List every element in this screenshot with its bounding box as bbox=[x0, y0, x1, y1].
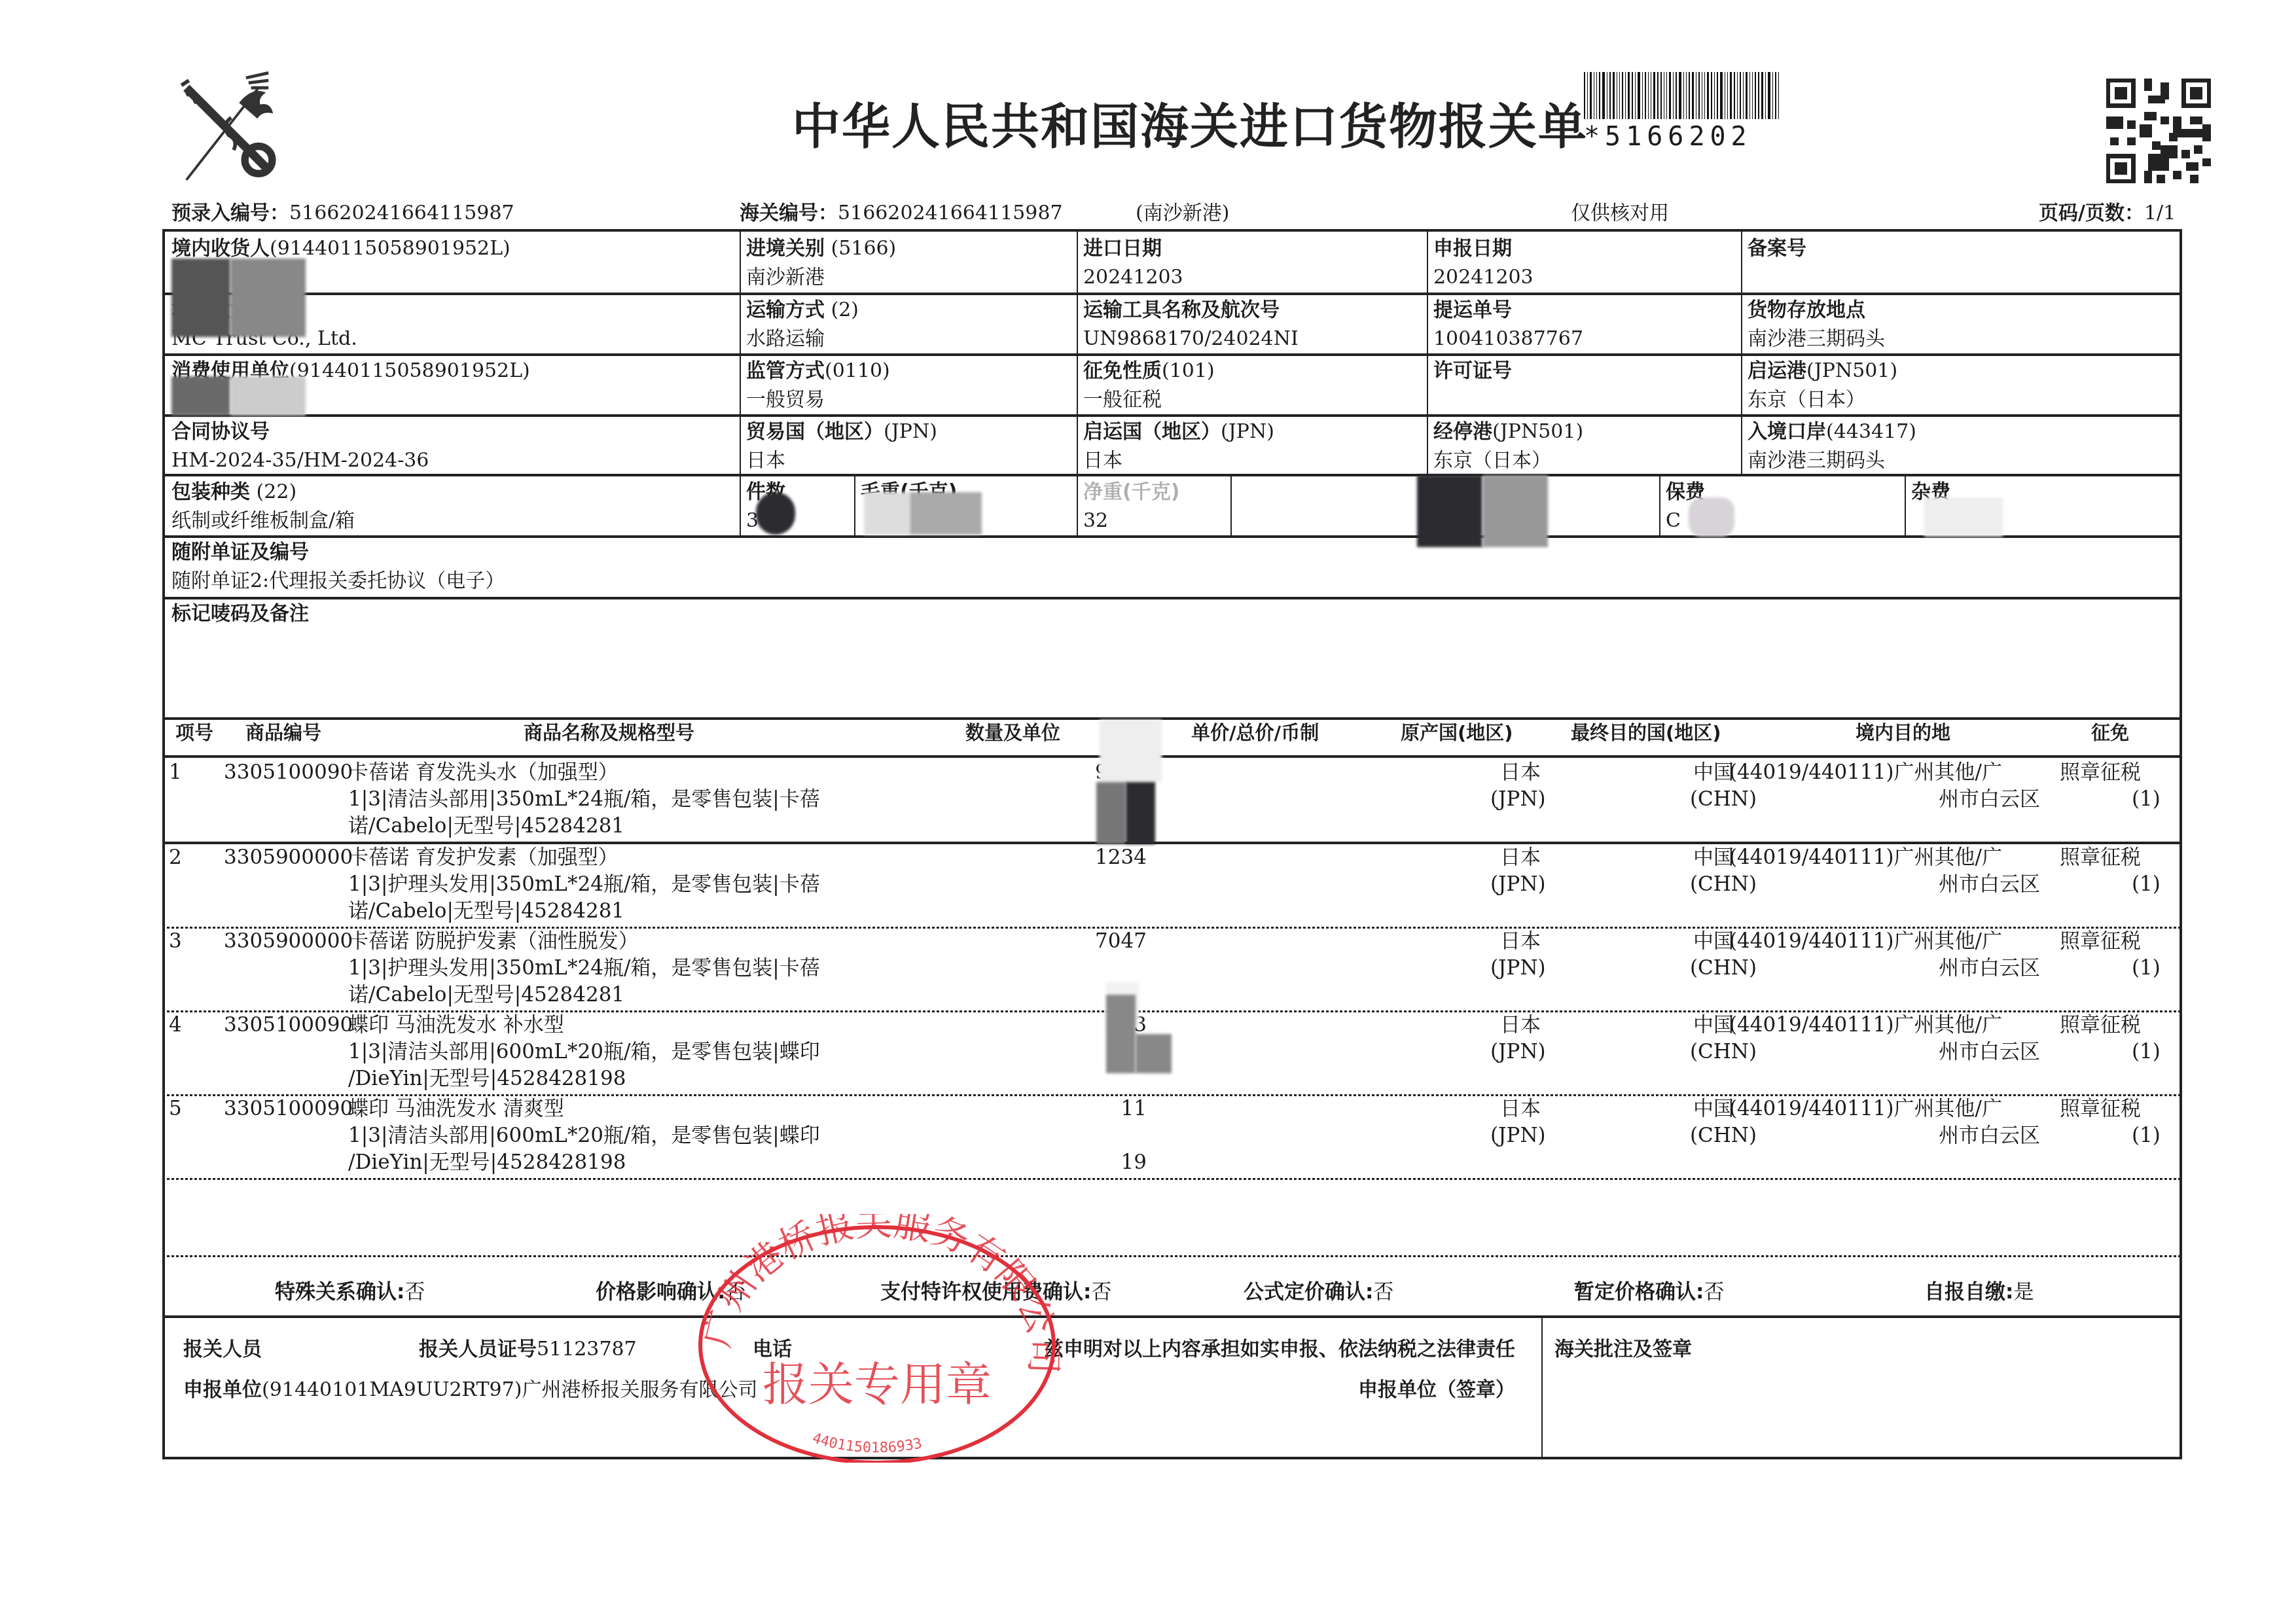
col-name-spec: 商品名称及规格型号 bbox=[524, 719, 694, 745]
quantity-primary: 1234 bbox=[1095, 844, 1147, 871]
field-storage-place: 货物存放地点 南沙港三期码头 bbox=[1748, 296, 1885, 353]
table-row: 53305100090蝶印 马油洗发水 清爽型1|3|清洁头部用|600mL*2… bbox=[165, 1096, 2179, 1179]
product-name: 卡蓓诺 育发洗头水（加强型） bbox=[348, 759, 619, 786]
hs-code: 3305100090 bbox=[224, 1012, 353, 1039]
final-dest-country: 中国 bbox=[1693, 1012, 1734, 1039]
row-divider bbox=[162, 1178, 2182, 1180]
final-dest-code: (CHN) bbox=[1690, 1039, 1757, 1065]
domestic-dest-line1: (44019/440111)广州其他/广 bbox=[1729, 844, 2002, 871]
item-no: 3 bbox=[169, 928, 182, 955]
col-levy: 征免 bbox=[2091, 719, 2129, 745]
declarant-signature-label: 申报单位（签章） bbox=[1358, 1373, 1515, 1402]
field-transport-mode: 运输方式 (2) 水路运输 bbox=[746, 296, 859, 353]
field-contract-no: 合同协议号 HM-2024-35/HM-2024-36 bbox=[171, 418, 429, 475]
field-attached-docs: 随附单证及编号 随附单证2:代理报关委托协议（电子） bbox=[171, 538, 505, 596]
confirmation-item: 价格影响确认:否 bbox=[596, 1275, 745, 1304]
redaction-block bbox=[171, 259, 230, 337]
final-dest-country: 中国 bbox=[1693, 844, 1734, 871]
broker-cert: 报关人员证号51123787 bbox=[419, 1332, 637, 1361]
field-declare-date: 申报日期 20241203 bbox=[1433, 234, 1534, 292]
product-name: 蝶印 马油洗发水 补水型 bbox=[348, 1012, 564, 1039]
redaction-block bbox=[756, 492, 795, 535]
redaction-block bbox=[1106, 995, 1136, 1073]
domestic-dest-line2: 州市白云区 bbox=[1939, 1039, 2040, 1065]
final-dest-code: (CHN) bbox=[1690, 871, 1757, 898]
levy-code: (1) bbox=[2132, 1039, 2161, 1065]
origin-code: (JPN) bbox=[1490, 1122, 1546, 1149]
field-entry-port: 入境口岸(443417) 南沙港三期码头 bbox=[1748, 418, 1916, 475]
legal-statement: 兹申明对以上内容承担如实申报、依法纳税之法律责任 bbox=[1044, 1332, 1515, 1361]
customs-number: 海关编号：516620241664115987 bbox=[740, 196, 1063, 225]
field-package-type: 包装种类 (22) 纸制或纤维板制盒/箱 bbox=[171, 478, 355, 535]
customs-approval-label: 海关批注及签章 bbox=[1554, 1332, 1692, 1361]
levy-mode: 照章征税 bbox=[2060, 844, 2141, 871]
levy-code: (1) bbox=[2132, 955, 2161, 982]
item-no: 4 bbox=[169, 1012, 182, 1039]
domestic-dest-line2: 州市白云区 bbox=[1939, 871, 2040, 898]
product-spec-line2: /DieYin|无型号|4528428198 bbox=[348, 1149, 626, 1176]
col-qty-unit: 数量及单位 bbox=[965, 719, 1060, 745]
redaction-block bbox=[1100, 720, 1162, 782]
field-license-no: 许可证号 bbox=[1433, 357, 1512, 385]
product-spec-line1: 1|3|护理头发用|350mL*24瓶/箱，是零售包装|卡蓓 bbox=[348, 871, 820, 898]
domestic-dest-line2: 州市白云区 bbox=[1939, 955, 2040, 982]
field-departure-port: 启运港(JPN501) 东京（日本） bbox=[1748, 357, 1897, 414]
field-bill-of-lading: 提运单号 100410387767 bbox=[1433, 296, 1583, 353]
origin-country: 日本 bbox=[1500, 1012, 1541, 1039]
table-row: 33305900000卡蓓诺 防脱护发素（油性脱发）1|3|护理头发用|350m… bbox=[165, 928, 2179, 1012]
field-import-date: 进口日期 20241203 bbox=[1083, 234, 1183, 292]
col-domestic-dest: 境内目的地 bbox=[1856, 719, 1950, 745]
levy-code: (1) bbox=[2132, 871, 2161, 898]
broker-label: 报关人员 bbox=[183, 1332, 262, 1361]
col-hs-code: 商品编号 bbox=[245, 719, 321, 745]
levy-code: (1) bbox=[2132, 1122, 2161, 1149]
product-spec-line1: 1|3|清洁头部用|600mL*20瓶/箱，是零售包装|蝶印 bbox=[348, 1039, 820, 1065]
product-name: 卡蓓诺 育发护发素（加强型） bbox=[348, 844, 619, 871]
hs-code: 3305100090 bbox=[224, 759, 353, 786]
table-row: 13305100090卡蓓诺 育发洗头水（加强型）1|3|清洁头部用|350mL… bbox=[165, 759, 2179, 843]
field-vessel-voyage: 运输工具名称及航次号 UN9868170/24024NI bbox=[1083, 296, 1299, 353]
confirmation-item: 自报自缴:是 bbox=[1924, 1275, 2034, 1304]
col-origin: 原产国(地区) bbox=[1401, 719, 1513, 745]
item-no: 1 bbox=[169, 759, 182, 786]
col-price: 单价/总价/币制 bbox=[1191, 719, 1319, 745]
quantity-secondary: 19 bbox=[1121, 1149, 1147, 1176]
origin-country: 日本 bbox=[1500, 1096, 1541, 1122]
domestic-dest-line1: (44019/440111)广州其他/广 bbox=[1729, 1012, 2002, 1039]
document-title: 中华人民共和国海关进口货物报关单 bbox=[792, 88, 1588, 158]
declarant-unit: 申报单位(91440101MA9UU2RT97)广州港桥报关服务有限公司 bbox=[183, 1373, 757, 1402]
redaction-block bbox=[864, 492, 910, 535]
field-marks-remarks: 标记唛码及备注 bbox=[171, 599, 309, 628]
product-spec-line2: 诺/Cabelo|无型号|45284281 bbox=[348, 982, 624, 1008]
origin-code: (JPN) bbox=[1490, 871, 1546, 898]
hs-code: 3305900000 bbox=[224, 928, 353, 955]
final-dest-country: 中国 bbox=[1693, 928, 1734, 955]
redaction-block bbox=[1924, 497, 2003, 537]
phone-label: 电话 bbox=[753, 1332, 792, 1361]
levy-code: (1) bbox=[2132, 786, 2161, 813]
field-record-no: 备案号 bbox=[1748, 234, 1806, 263]
product-name: 蝶印 马油洗发水 清爽型 bbox=[348, 1096, 564, 1122]
redaction-block bbox=[230, 259, 306, 337]
redaction-block bbox=[1096, 782, 1126, 844]
redaction-block bbox=[1417, 475, 1482, 547]
pre-entry-number: 预录入编号：516620241664115987 bbox=[171, 196, 514, 225]
final-dest-country: 中国 bbox=[1693, 1096, 1734, 1122]
levy-mode: 照章征税 bbox=[2060, 928, 2141, 955]
field-supervision-mode: 监管方式(0110) 一般贸易 bbox=[746, 357, 890, 414]
port-note: (南沙新港) bbox=[1136, 196, 1229, 225]
redaction-block bbox=[1126, 782, 1155, 844]
product-spec-line1: 1|3|清洁头部用|600mL*20瓶/箱，是零售包装|蝶印 bbox=[348, 1122, 820, 1149]
redaction-block bbox=[910, 492, 982, 535]
product-spec-line1: 1|3|护理头发用|350mL*24瓶/箱，是零售包装|卡蓓 bbox=[348, 955, 820, 982]
field-levy-nature: 征免性质(101) 一般征税 bbox=[1083, 357, 1215, 414]
field-entry-customs: 进境关别 (5166) 南沙新港 bbox=[746, 234, 896, 292]
hs-code: 3305100090 bbox=[224, 1096, 353, 1122]
confirmation-item: 支付特许权使用费确认:否 bbox=[880, 1275, 1111, 1304]
qr-code-icon bbox=[2106, 79, 2211, 183]
redaction-block bbox=[1482, 475, 1548, 547]
domestic-dest-line2: 州市白云区 bbox=[1939, 786, 2040, 813]
barcode bbox=[1584, 72, 1826, 119]
origin-country: 日本 bbox=[1500, 928, 1541, 955]
redaction-block bbox=[1689, 497, 1734, 537]
field-departure-country: 启运国（地区）(JPN) 日本 bbox=[1083, 418, 1274, 475]
levy-mode: 照章征税 bbox=[2060, 1096, 2141, 1122]
product-name: 卡蓓诺 防脱护发素（油性脱发） bbox=[348, 928, 639, 955]
barcode-number: *5166202 bbox=[1584, 122, 1752, 152]
origin-code: (JPN) bbox=[1490, 955, 1546, 982]
final-dest-code: (CHN) bbox=[1690, 786, 1757, 813]
confirmation-item: 特殊关系确认:否 bbox=[275, 1275, 425, 1304]
origin-code: (JPN) bbox=[1490, 786, 1546, 813]
field-transit-port: 经停港(JPN501) 东京（日本） bbox=[1433, 418, 1583, 475]
origin-country: 日本 bbox=[1500, 844, 1541, 871]
product-spec-line2: 诺/Cabelo|无型号|45284281 bbox=[348, 898, 624, 925]
quantity-primary: 7047 bbox=[1095, 928, 1147, 955]
customs-emblem-icon bbox=[171, 65, 296, 190]
table-row: 43305100090蝶印 马油洗发水 补水型1|3|清洁头部用|600mL*2… bbox=[165, 1012, 2179, 1096]
col-item-no: 项号 bbox=[175, 719, 213, 745]
final-dest-country: 中国 bbox=[1693, 759, 1734, 786]
redaction-block bbox=[1136, 1034, 1172, 1073]
levy-mode: 照章征税 bbox=[2060, 1012, 2141, 1039]
redaction-block bbox=[230, 376, 306, 416]
hs-code: 3305900000 bbox=[224, 844, 353, 871]
final-dest-code: (CHN) bbox=[1690, 955, 1757, 982]
table-row: 23305900000卡蓓诺 育发护发素（加强型）1|3|护理头发用|350mL… bbox=[165, 844, 2179, 928]
levy-mode: 照章征税 bbox=[2060, 759, 2141, 786]
domestic-dest-line1: (44019/440111)广州其他/广 bbox=[1729, 928, 2002, 955]
item-no: 2 bbox=[169, 844, 182, 871]
confirmation-item: 公式定价确认:否 bbox=[1244, 1275, 1393, 1304]
product-spec-line2: /DieYin|无型号|4528428198 bbox=[348, 1065, 626, 1092]
product-spec-line1: 1|3|清洁头部用|350mL*24瓶/箱，是零售包装|卡蓓 bbox=[348, 786, 820, 813]
verification-note: 仅供核对用 bbox=[1571, 196, 1669, 225]
domestic-dest-line1: (44019/440111)广州其他/广 bbox=[1729, 1096, 2002, 1122]
item-no: 5 bbox=[169, 1096, 182, 1122]
product-spec-line2: 诺/Cabelo|无型号|45284281 bbox=[348, 813, 624, 840]
confirmation-item: 暂定价格确认:否 bbox=[1574, 1275, 1724, 1304]
final-dest-code: (CHN) bbox=[1690, 1122, 1757, 1149]
col-final-dest: 最终目的国(地区) bbox=[1571, 719, 1721, 745]
domestic-dest-line2: 州市白云区 bbox=[1939, 1122, 2040, 1149]
page-indicator: 页码/页数：1/1 bbox=[2039, 196, 2176, 225]
domestic-dest-line1: (44019/440111)广州其他/广 bbox=[1729, 759, 2002, 786]
origin-code: (JPN) bbox=[1490, 1039, 1546, 1065]
redaction-block bbox=[171, 376, 230, 416]
quantity-primary: 11 bbox=[1121, 1096, 1147, 1122]
origin-country: 日本 bbox=[1500, 759, 1541, 786]
field-net-weight: 净重(千克) 32 bbox=[1083, 478, 1179, 535]
field-trade-country: 贸易国（地区）(JPN) 日本 bbox=[746, 418, 937, 475]
